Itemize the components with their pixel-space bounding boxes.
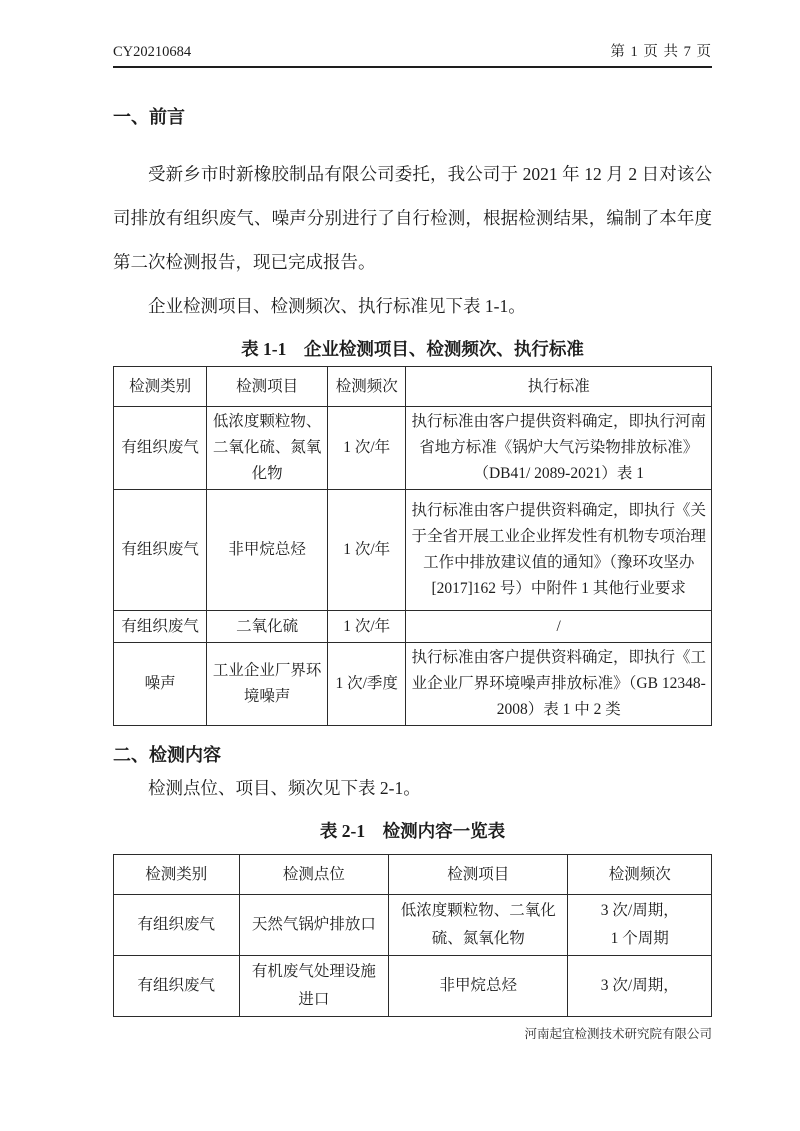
cell-item: 低浓度颗粒物、二氧化硫、氮氧化物	[207, 407, 328, 490]
section1-paragraph1: 受新乡市时新橡胶制品有限公司委托，我公司于 2021 年 12 月 2 日对该公…	[113, 152, 712, 284]
cell-category: 有组织废气	[114, 956, 240, 1017]
header-cell-category: 检测类别	[114, 855, 240, 895]
cell-location: 天然气锅炉排放口	[239, 895, 389, 956]
table2-title: 表 2-1 检测内容一览表	[113, 816, 712, 846]
section1-title: 一、前言	[113, 106, 712, 128]
cell-frequency: 3 次/周期，	[568, 956, 712, 1017]
cell-item: 工业企业厂界环境噪声	[207, 643, 328, 726]
cell-category: 有组织废气	[114, 407, 207, 490]
cell-category: 有组织废气	[114, 895, 240, 956]
cell-frequency: 1 次/年	[328, 611, 406, 643]
cell-frequency: 1 次/年	[328, 407, 406, 490]
section2-paragraph1: 检测点位、项目、频次见下表 2-1。	[113, 768, 712, 808]
section1-paragraph2: 企业检测项目、检测频次、执行标准见下表 1-1。	[113, 284, 712, 328]
cell-item: 低浓度颗粒物、二氧化硫、氮氧化物	[389, 895, 568, 956]
table-row: 噪声 工业企业厂界环境噪声 1 次/季度 执行标准由客户提供资料确定，即执行《工…	[114, 643, 712, 726]
header-cell-location: 检测点位	[239, 855, 389, 895]
section2-title: 二、检测内容	[113, 744, 712, 766]
cell-item: 非甲烷总烃	[389, 956, 568, 1017]
table-header-row: 检测类别 检测点位 检测项目 检测频次	[114, 855, 712, 895]
cell-frequency: 3 次/周期， 1 个周期	[568, 895, 712, 956]
table-detection-standards: 检测类别 检测项目 检测频次 执行标准 有组织废气 低浓度颗粒物、二氧化硫、氮氧…	[113, 366, 712, 726]
cell-frequency: 1 次/年	[328, 490, 406, 611]
cell-category: 有组织废气	[114, 611, 207, 643]
header-cell-item: 检测项目	[389, 855, 568, 895]
cell-standard: 执行标准由客户提供资料确定，即执行《工业企业厂界环境噪声排放标准》（GB 123…	[406, 643, 712, 726]
page-number-info: 第 1 页 共 7 页	[610, 44, 712, 61]
cell-frequency: 1 次/季度	[328, 643, 406, 726]
header-cell-category: 检测类别	[114, 367, 207, 407]
table1-title: 表 1-1 企业检测项目、检测频次、执行标准	[113, 334, 712, 364]
table-row: 有组织废气 低浓度颗粒物、二氧化硫、氮氧化物 1 次/年 执行标准由客户提供资料…	[114, 407, 712, 490]
report-number: CY20210684	[113, 44, 191, 61]
page-content: CY20210684 第 1 页 共 7 页 一、前言 受新乡市时新橡胶制品有限…	[113, 44, 712, 1042]
header-cell-frequency: 检测频次	[328, 367, 406, 407]
header-cell-item: 检测项目	[207, 367, 328, 407]
cell-standard: 执行标准由客户提供资料确定，即执行河南省地方标准《锅炉大气污染物排放标准》（DB…	[406, 407, 712, 490]
footer-company-name: 河南起宜检测技术研究院有限公司	[113, 1026, 712, 1042]
cell-category: 噪声	[114, 643, 207, 726]
cell-standard: 执行标准由客户提供资料确定，即执行《关于全省开展工业企业挥发性有机物专项治理工作…	[406, 490, 712, 611]
cell-category: 有组织废气	[114, 490, 207, 611]
header-cell-frequency: 检测频次	[568, 855, 712, 895]
cell-item: 非甲烷总烃	[207, 490, 328, 611]
cell-standard: /	[406, 611, 712, 643]
header-cell-standard: 执行标准	[406, 367, 712, 407]
report-page: CY20210684 第 1 页 共 7 页 一、前言 受新乡市时新橡胶制品有限…	[0, 0, 800, 1131]
table-detection-contents: 检测类别 检测点位 检测项目 检测频次 有组织废气 天然气锅炉排放口 低浓度颗粒…	[113, 854, 712, 1017]
table-header-row: 检测类别 检测项目 检测频次 执行标准	[114, 367, 712, 407]
table-row: 有组织废气 非甲烷总烃 1 次/年 执行标准由客户提供资料确定，即执行《关于全省…	[114, 490, 712, 611]
page-header: CY20210684 第 1 页 共 7 页	[113, 44, 712, 68]
table-row: 有组织废气 二氧化硫 1 次/年 /	[114, 611, 712, 643]
cell-location: 有机废气处理设施进口	[239, 956, 389, 1017]
cell-item: 二氧化硫	[207, 611, 328, 643]
table-row: 有组织废气 有机废气处理设施进口 非甲烷总烃 3 次/周期，	[114, 956, 712, 1017]
table-row: 有组织废气 天然气锅炉排放口 低浓度颗粒物、二氧化硫、氮氧化物 3 次/周期， …	[114, 895, 712, 956]
